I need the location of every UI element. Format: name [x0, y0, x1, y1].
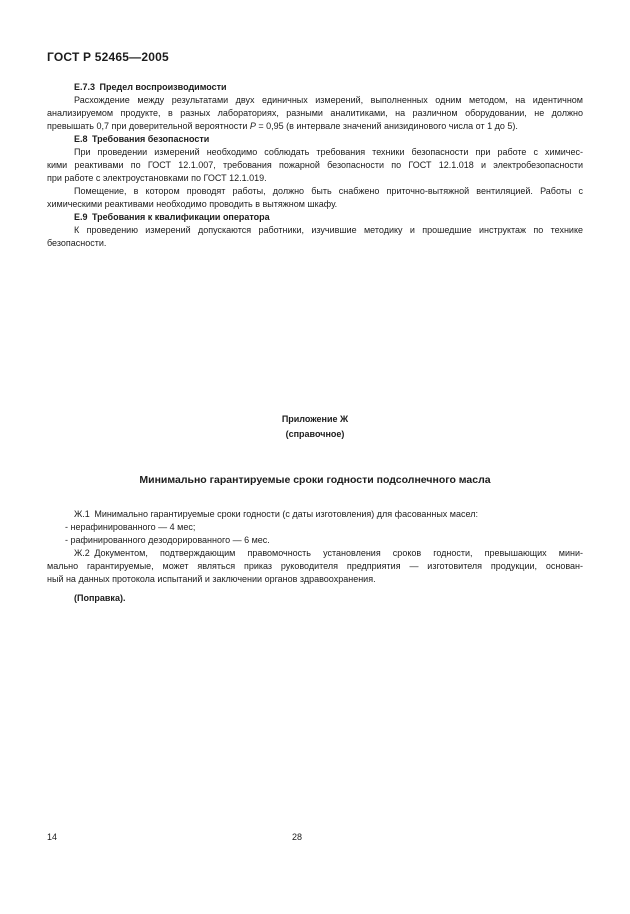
- paragraph-line: Ж.2 Документом, подтверждающим правомочн…: [47, 547, 583, 560]
- section-heading-e9: Е.9 Требования к квалификации оператора: [47, 211, 583, 224]
- annex-body-text: Ж.1 Минимально гарантируемые сроки годно…: [47, 508, 583, 605]
- paragraph-line: безопасности.: [47, 237, 583, 250]
- paragraph-line: анализируемом продукте, в разных лаборат…: [47, 107, 583, 120]
- annex-kind: (справочное): [47, 427, 583, 442]
- section-heading-e8: Е.8 Требования безопасности: [47, 133, 583, 146]
- paragraph-line: ный на данных протокола испытаний и закл…: [47, 573, 583, 586]
- text-fragment: = 0,95 (в интервале значений анизидиново…: [256, 121, 518, 131]
- paragraph-line: Помещение, в котором проводят работы, до…: [47, 185, 583, 198]
- paragraph-line: К проведению измерений допускаются работ…: [47, 224, 583, 237]
- amendment-note: (Поправка).: [47, 592, 583, 605]
- list-item: - рафинированного дезодорированного — 6 …: [47, 534, 583, 547]
- text-fragment: превышать 0,7 при доверительной вероятно…: [47, 121, 250, 131]
- annex-title: Минимально гарантируемые сроки годности …: [47, 474, 583, 486]
- page-number-center: 28: [292, 832, 302, 842]
- paragraph-line: Расхождение между результатами двух един…: [47, 94, 583, 107]
- paragraph-line: При проведении измерений необходимо собл…: [47, 146, 583, 159]
- paragraph-line: Ж.1 Минимально гарантируемые сроки годно…: [47, 508, 583, 521]
- document-page: ГОСТ Р 52465—2005 Е.7.3 Предел воспроизв…: [0, 0, 630, 914]
- paragraph-line: кими реактивами по ГОСТ 12.1.007, требов…: [47, 159, 583, 172]
- page-number-left: 14: [47, 832, 57, 842]
- annex-label: Приложение Ж: [47, 412, 583, 427]
- paragraph-line: при работе с электроустановками по ГОСТ …: [47, 172, 583, 185]
- paragraph-line: мально гарантируемые, может являться при…: [47, 560, 583, 573]
- paragraph-line: химическими реактивами необходимо провод…: [47, 198, 583, 211]
- section-heading-e73: Е.7.3 Предел воспроизводимости: [47, 81, 583, 94]
- body-text: Е.7.3 Предел воспроизводимости Расхожден…: [47, 81, 583, 250]
- standard-designation: ГОСТ Р 52465—2005: [47, 50, 169, 64]
- paragraph-line: превышать 0,7 при доверительной вероятно…: [47, 120, 583, 133]
- annex-header: Приложение Ж (справочное): [47, 412, 583, 442]
- list-item: - нерафинированного — 4 мес;: [47, 521, 583, 534]
